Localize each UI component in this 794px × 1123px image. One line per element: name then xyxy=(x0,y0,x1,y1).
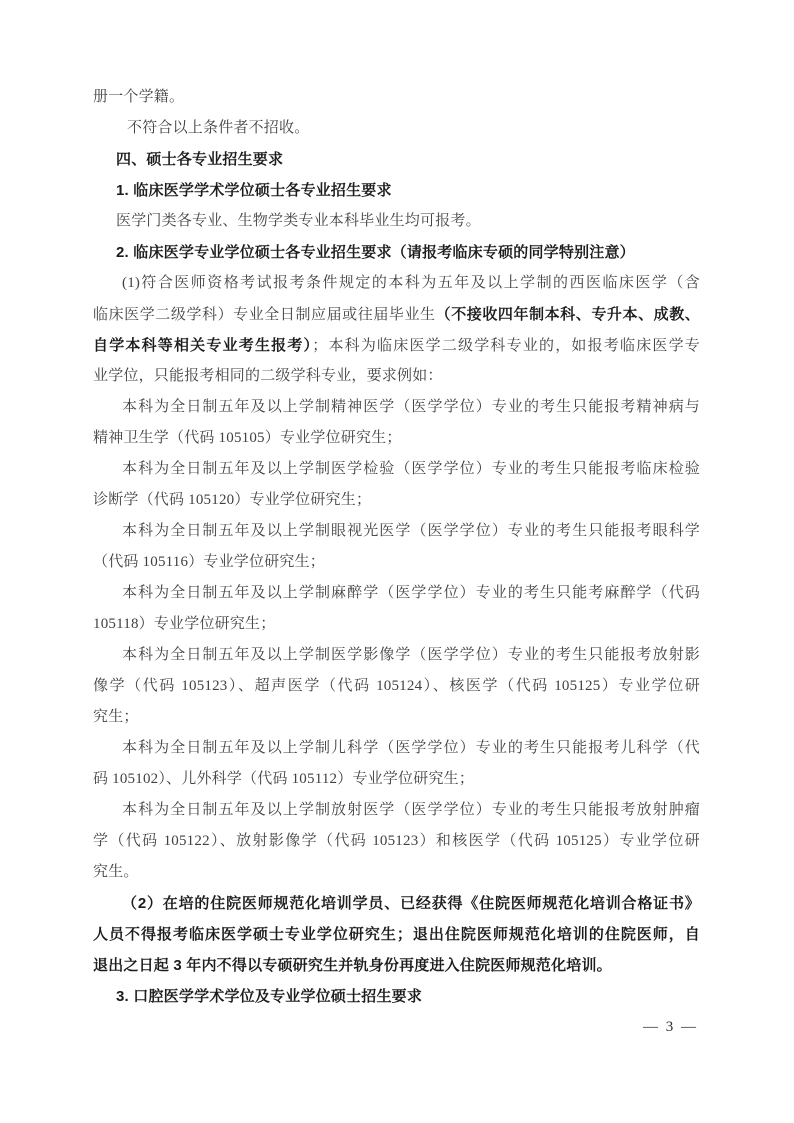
text-segment: 本科为全日制五年及以上学制放射医学（医学学位）专业的考生只能报考放射肿瘤 xyxy=(122,802,700,818)
text-segment: 本科为全日制五年及以上学制儿科学（医学学位）专业的考生只能报考儿科学（代 xyxy=(122,740,700,756)
doc-line: 退出之日起 3 年内不得以专硕研究生并轨身份再度进入住院医师规范化培训。 xyxy=(93,950,700,981)
doc-line: 3. 口腔医学学术学位及专业学位硕士招生要求 xyxy=(93,981,700,1012)
text-segment: 诊断学（代码 105120）专业学位研究生； xyxy=(93,492,371,508)
text-segment: 人员不得报考临床医学硕士专业学位研究生；退出住院医师规范化培训的住院医师，自 xyxy=(93,926,700,943)
doc-line: 像学（代码 105123）、超声医学（代码 105124）、核医学（代码 105… xyxy=(93,671,700,702)
text-segment: 本科为全日制五年及以上学制眼视光医学（医学学位）专业的考生只能报考眼科学 xyxy=(122,523,700,539)
doc-line: 本科为全日制五年及以上学制放射医学（医学学位）专业的考生只能报考放射肿瘤 xyxy=(93,795,700,826)
text-segment: 四、硕士各专业招生要求 xyxy=(116,151,283,168)
doc-line: 2. 临床医学专业学位硕士各专业招生要求（请报考临床专硕的同学特别注意） xyxy=(93,237,700,268)
text-segment: 不符合以上条件者不招收。 xyxy=(127,120,309,136)
doc-line: 本科为全日制五年及以上学制医学检验（医学学位）专业的考生只能报考临床检验 xyxy=(93,454,700,485)
text-segment: 究生； xyxy=(93,709,139,725)
doc-line: 105118）专业学位研究生； xyxy=(93,609,700,640)
doc-line: 本科为全日制五年及以上学制精神医学（医学学位）专业的考生只能报考精神病与 xyxy=(93,392,700,423)
text-segment: 究生。 xyxy=(93,864,139,880)
doc-line: 码 105102）、儿外科学（代码 105112）专业学位研究生； xyxy=(93,764,700,795)
text-segment: (1)符合医师资格考试报考条件规定的本科为五年及以上学制的西医临床医学（含 xyxy=(122,275,700,291)
text-segment: 精神卫生学（代码 105105）专业学位研究生； xyxy=(93,430,402,446)
doc-line: 本科为全日制五年及以上学制儿科学（医学学位）专业的考生只能报考儿科学（代 xyxy=(93,733,700,764)
doc-line: 自学本科等相关专业考生报考）；本科为临床医学二级学科专业的，如报考临床医学专 xyxy=(93,330,700,361)
page-number: — 3 — xyxy=(643,1016,698,1038)
text-segment: 业学位，只能报考相同的二级学科专业，要求例如： xyxy=(93,368,443,384)
doc-line: 诊断学（代码 105120）专业学位研究生； xyxy=(93,485,700,516)
text-segment: 医学门类各专业、生物学类专业本科毕业生均可报考。 xyxy=(116,213,481,229)
text-segment: 本科为全日制五年及以上学制精神医学（医学学位）专业的考生只能报考精神病与 xyxy=(122,399,700,415)
text-segment: 本科为全日制五年及以上学制医学检验（医学学位）专业的考生只能报考临床检验 xyxy=(122,461,700,477)
text-segment: （代码 105116）专业学位研究生； xyxy=(93,554,325,570)
doc-line: 究生； xyxy=(93,702,700,733)
doc-line: 本科为全日制五年及以上学制麻醉学（医学学位）专业的考生只能考麻醉学（代码 xyxy=(93,578,700,609)
text-segment: 退出之日起 3 年内不得以专硕研究生并轨身份再度进入住院医师规范化培训。 xyxy=(93,957,612,974)
text-segment: 码 105102）、儿外科学（代码 105112）专业学位研究生； xyxy=(93,771,474,787)
text-segment: 册一个学籍。 xyxy=(93,89,184,105)
text-segment: 像学（代码 105123）、超声医学（代码 105124）、核医学（代码 105… xyxy=(93,678,700,694)
text-segment: 1. 临床医学学术学位硕士各专业招生要求 xyxy=(116,182,392,199)
doc-line: 本科为全日制五年及以上学制医学影像学（医学学位）专业的考生只能报考放射影 xyxy=(93,640,700,671)
text-segment: 自学本科等相关专业考生报考） xyxy=(93,337,312,354)
doc-line: 业学位，只能报考相同的二级学科专业，要求例如： xyxy=(93,361,700,392)
doc-line: 临床医学二级学科）专业全日制应届或往届毕业生（不接收四年制本科、专升本、成教、 xyxy=(93,299,700,330)
doc-line: 究生。 xyxy=(93,857,700,888)
text-segment: 2. 临床医学专业学位硕士各专业招生要求（请报考临床专硕的同学特别注意） xyxy=(116,244,635,261)
text-segment: 本科为全日制五年及以上学制麻醉学（医学学位）专业的考生只能考麻醉学（代码 xyxy=(122,585,700,601)
doc-line: 不符合以上条件者不招收。 xyxy=(93,113,700,144)
doc-line: (1)符合医师资格考试报考条件规定的本科为五年及以上学制的西医临床医学（含 xyxy=(93,268,700,299)
text-segment: 本科为全日制五年及以上学制医学影像学（医学学位）专业的考生只能报考放射影 xyxy=(122,647,700,663)
text-segment: （不接收四年制本科、专升本、成教、 xyxy=(436,306,700,323)
doc-line: 四、硕士各专业招生要求 xyxy=(93,144,700,175)
doc-line: （2）在培的住院医师规范化培训学员、已经获得《住院医师规范化培训合格证书》 xyxy=(93,888,700,919)
text-segment: （2）在培的住院医师规范化培训学员、已经获得《住院医师规范化培训合格证书》 xyxy=(122,895,700,912)
doc-line: （代码 105116）专业学位研究生； xyxy=(93,547,700,578)
document-page: 册一个学籍。不符合以上条件者不招收。四、硕士各专业招生要求1. 临床医学学术学位… xyxy=(0,0,794,1123)
text-segment: ；本科为临床医学二级学科专业的，如报考临床医学专 xyxy=(312,338,700,354)
doc-line: 册一个学籍。 xyxy=(93,82,700,113)
doc-line: 1. 临床医学学术学位硕士各专业招生要求 xyxy=(93,175,700,206)
document-body: 册一个学籍。不符合以上条件者不招收。四、硕士各专业招生要求1. 临床医学学术学位… xyxy=(93,82,700,1012)
doc-line: 学（代码 105122）、放射影像学（代码 105123）和核医学（代码 105… xyxy=(93,826,700,857)
doc-line: 人员不得报考临床医学硕士专业学位研究生；退出住院医师规范化培训的住院医师，自 xyxy=(93,919,700,950)
doc-line: 精神卫生学（代码 105105）专业学位研究生； xyxy=(93,423,700,454)
doc-line: 本科为全日制五年及以上学制眼视光医学（医学学位）专业的考生只能报考眼科学 xyxy=(93,516,700,547)
text-segment: 临床医学二级学科）专业全日制应届或往届毕业生 xyxy=(93,307,436,323)
text-segment: 105118）专业学位研究生； xyxy=(93,616,275,632)
text-segment: 3. 口腔医学学术学位及专业学位硕士招生要求 xyxy=(116,988,422,1005)
text-segment: 学（代码 105122）、放射影像学（代码 105123）和核医学（代码 105… xyxy=(93,833,700,849)
doc-line: 医学门类各专业、生物学类专业本科毕业生均可报考。 xyxy=(93,206,700,237)
